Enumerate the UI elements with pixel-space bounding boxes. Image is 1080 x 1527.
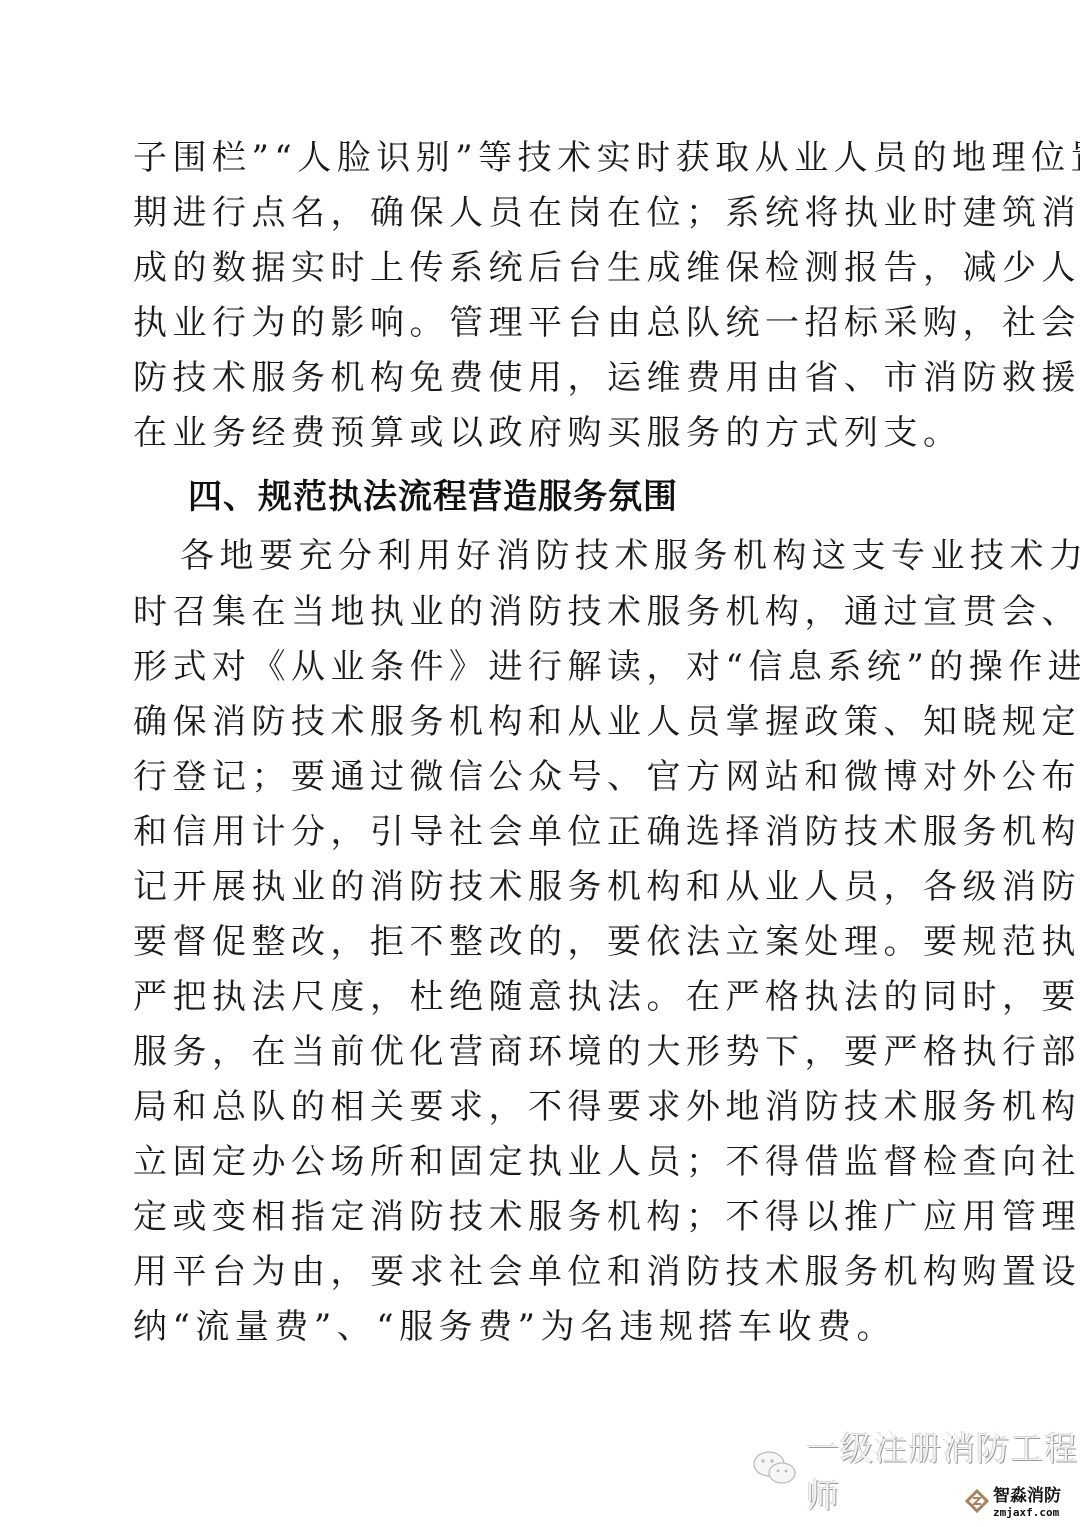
paragraph-line: 行登记；要通过微信公众号、官方网站和微博对外公布工作动态: [133, 757, 947, 797]
paragraph-line: 服务，在当前优化营商环境的大形势下，要严格执行部消防救援: [133, 1032, 947, 1072]
paragraph-line: 立固定办公场所和固定执业人员；不得借监督检查向社会单位指: [133, 1142, 947, 1182]
paragraph-line: 期进行点名，确保人员在岗在位；系统将执业时建筑消防设施生: [133, 193, 947, 233]
paragraph-line: 和信用计分，引导社会单位正确选择消防技术服务机构，对未登: [133, 812, 947, 852]
paragraph-line: 成的数据实时上传系统后台生成维保检测报告，减少人为因素对: [133, 248, 947, 288]
logo-name: 智淼消防: [993, 1488, 1061, 1505]
section-heading: 四、规范执法流程营造服务氛围: [188, 477, 678, 517]
paragraph-line: 防技术服务机构免费使用，运维费用由省、市消防救援机构承担，: [133, 358, 947, 398]
paragraph-line: 定或变相指定消防技术服务机构；不得以推广应用管理系统、应: [133, 1197, 947, 1237]
paragraph-line: 执业行为的影响。管理平台由总队统一招标采购，社会单位和消: [133, 303, 947, 343]
zm-diamond-logo-icon: [965, 1489, 989, 1517]
paragraph-line: 记开展执业的消防技术服务机构和从业人员，各级消防救援机构: [133, 867, 947, 907]
paragraph-line: 确保消防技术服务机构和从业人员掌握政策、知晓规定，依规进: [133, 702, 947, 742]
paragraph-line: 要督促整改，拒不整改的，要依法立案处理。要规范执法流程、: [133, 922, 947, 962]
paragraph-line: 各地要充分利用好消防技术服务机构这支专业技术力量，及: [180, 536, 947, 576]
paragraph-line: 子围栏”“人脸识别”等技术实时获取从业人员的地理位置并不定: [133, 138, 947, 178]
paragraph-line: 用平台为由，要求社会单位和消防技术服务机构购置设备，以交: [133, 1252, 947, 1292]
logo-domain: zmjaxf.com: [993, 1507, 1061, 1518]
paragraph-line: 在业务经费预算或以政府购买服务的方式列支。: [133, 413, 947, 453]
paragraph-line: 纳“流量费”、“服务费”为名违规搭车收费。: [133, 1307, 947, 1347]
paragraph-line: 严把执法尺度，杜绝随意执法。在严格执法的同时，要强调热情: [133, 977, 947, 1017]
wechat-icon: [752, 1450, 798, 1490]
paragraph-line: 形式对《从业条件》进行解读，对“信息系统”的操作进行培训，: [133, 647, 947, 687]
document-page: 子围栏”“人脸识别”等技术实时获取从业人员的地理位置并不定 期进行点名，确保人员…: [0, 0, 1080, 1527]
paragraph-line: 局和总队的相关要求，不得要求外地消防技术服务机构在当地设: [133, 1087, 947, 1127]
site-logo: 智淼消防 zmjaxf.com: [965, 1488, 1061, 1518]
paragraph-line: 时召集在当地执业的消防技术服务机构，通过宣贯会、座谈会等: [133, 592, 947, 632]
